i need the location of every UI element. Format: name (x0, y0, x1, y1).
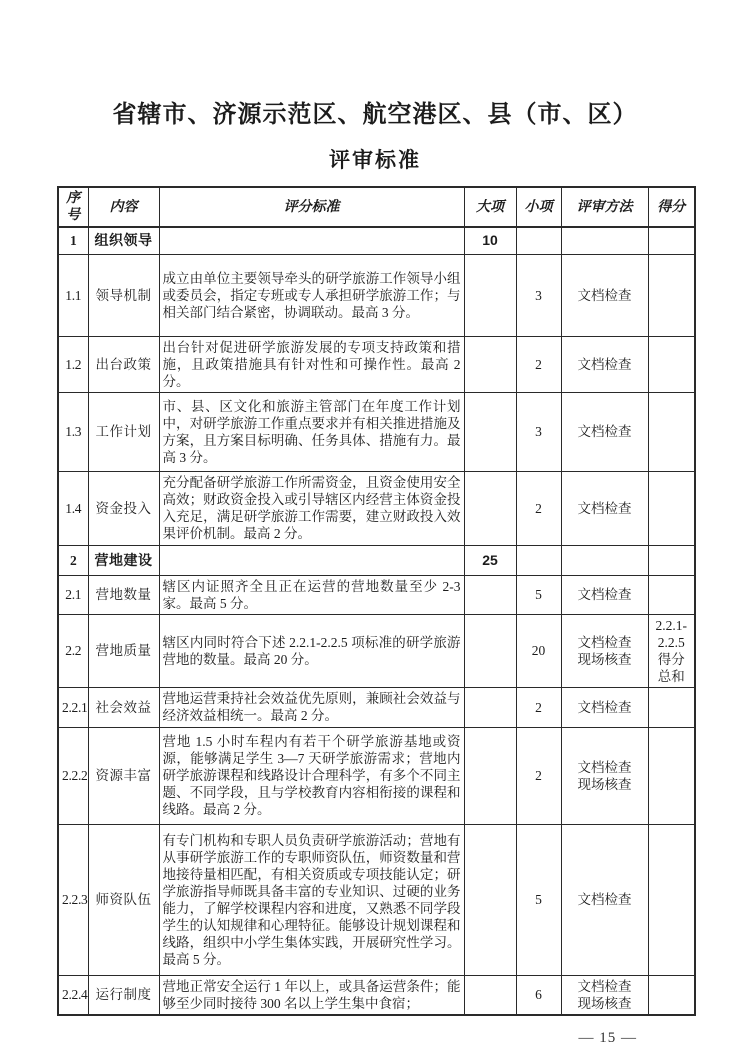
method-line: 文档检查 (565, 287, 645, 304)
cell-method: 文档检查 (561, 471, 648, 545)
method-line: 文档检查 (565, 891, 645, 908)
cell-major (464, 687, 516, 727)
cell-method: 文档检查 (561, 575, 648, 614)
column-header-id: 序号 (58, 187, 88, 227)
cell-minor: 3 (516, 392, 561, 471)
cell-major (464, 975, 516, 1015)
cell-criteria: 有专门机构和专职人员负责研学旅游活动；营地有从事研学旅游工作的专职师资队伍，师资… (159, 824, 464, 975)
cell-method: 文档检查 (561, 254, 648, 336)
cell-major: 10 (464, 227, 516, 254)
method-line: 现场核查 (565, 995, 645, 1012)
table-row-2-2-4: 2.2.4 运行制度 营地正常安全运行 1 年以上，或具备运营条件；能够至少同时… (58, 975, 695, 1015)
cell-content: 资源丰富 (88, 727, 159, 824)
cell-id: 1.4 (58, 471, 88, 545)
cell-id: 2 (58, 545, 88, 575)
cell-major (464, 471, 516, 545)
cell-minor (516, 545, 561, 575)
cell-criteria: 出台针对促进研学旅游发展的专项支持政策和措施，且政策措施具有针对性和可操作性。最… (159, 336, 464, 392)
cell-id: 1.3 (58, 392, 88, 471)
page-number: — 15 — (0, 1030, 750, 1047)
cell-id: 2.2.1 (58, 687, 88, 727)
cell-method: 文档检查 现场核查 (561, 614, 648, 687)
document-page: 省辖市、济源示范区、航空港区、县（市、区） 评审标准 序号 内容 评分标准 大项… (0, 0, 750, 1059)
table-row-1-4: 1.4 资金投入 充分配备研学旅游工作所需资金，且资金使用安全高效；财政资金投入… (58, 471, 695, 545)
cell-content: 营地建设 (88, 545, 159, 575)
cell-minor: 2 (516, 727, 561, 824)
cell-criteria: 辖区内证照齐全且正在运营的营地数量至少 2-3 家。最高 5 分。 (159, 575, 464, 614)
cell-content: 工作计划 (88, 392, 159, 471)
table-row-1-1: 1.1 领导机制 成立由单位主要领导牵头的研学旅游工作领导小组或委员会，指定专班… (58, 254, 695, 336)
cell-score (648, 687, 695, 727)
cell-minor: 2 (516, 336, 561, 392)
cell-method: 文档检查 现场核查 (561, 727, 648, 824)
cell-score (648, 975, 695, 1015)
column-header-major: 大项 (464, 187, 516, 227)
method-line: 文档检查 (565, 759, 645, 776)
method-line: 文档检查 (565, 699, 645, 716)
cell-id: 2.2.2 (58, 727, 88, 824)
method-line: 现场核查 (565, 776, 645, 793)
cell-minor: 5 (516, 824, 561, 975)
cell-criteria: 营地运营秉持社会效益优先原则，兼顾社会效益与经济效益相统一。最高 2 分。 (159, 687, 464, 727)
cell-score (648, 727, 695, 824)
table-row-2: 2 营地建设 25 (58, 545, 695, 575)
cell-major (464, 575, 516, 614)
cell-criteria (159, 545, 464, 575)
cell-major (464, 392, 516, 471)
method-line: 文档检查 (565, 423, 645, 440)
cell-id: 2.2.3 (58, 824, 88, 975)
table-row-1-2: 1.2 出台政策 出台针对促进研学旅游发展的专项支持政策和措施，且政策措施具有针… (58, 336, 695, 392)
cell-major: 25 (464, 545, 516, 575)
cell-id: 2.2 (58, 614, 88, 687)
cell-content: 社会效益 (88, 687, 159, 727)
cell-score (648, 824, 695, 975)
page-subtitle: 评审标准 (0, 130, 750, 186)
cell-method (561, 227, 648, 254)
cell-score (648, 227, 695, 254)
cell-method (561, 545, 648, 575)
cell-criteria: 成立由单位主要领导牵头的研学旅游工作领导小组或委员会，指定专班或专人承担研学旅游… (159, 254, 464, 336)
cell-id: 2.1 (58, 575, 88, 614)
cell-minor (516, 227, 561, 254)
review-criteria-table: 序号 内容 评分标准 大项 小项 评审方法 得分 1 组织领导 10 (57, 186, 696, 1016)
cell-id: 2.2.4 (58, 975, 88, 1015)
table-row-1: 1 组织领导 10 (58, 227, 695, 254)
cell-criteria: 市、县、区文化和旅游主管部门在年度工作计划中，对研学旅游工作重点要求并有相关推进… (159, 392, 464, 471)
cell-criteria: 营地正常安全运行 1 年以上，或具备运营条件；能够至少同时接待 300 名以上学… (159, 975, 464, 1015)
table-row-2-1: 2.1 营地数量 辖区内证照齐全且正在运营的营地数量至少 2-3 家。最高 5 … (58, 575, 695, 614)
cell-minor: 2 (516, 471, 561, 545)
cell-content: 组织领导 (88, 227, 159, 254)
column-header-criteria: 评分标准 (159, 187, 464, 227)
method-line: 文档检查 (565, 586, 645, 603)
method-line: 文档检查 (565, 978, 645, 995)
table-row-1-3: 1.3 工作计划 市、县、区文化和旅游主管部门在年度工作计划中，对研学旅游工作重… (58, 392, 695, 471)
cell-method: 文档检查 (561, 336, 648, 392)
column-header-score: 得分 (648, 187, 695, 227)
table-header-row: 序号 内容 评分标准 大项 小项 评审方法 得分 (58, 187, 695, 227)
table-row-2-2-3: 2.2.3 师资队伍 有专门机构和专职人员负责研学旅游活动；营地有从事研学旅游工… (58, 824, 695, 975)
cell-minor: 3 (516, 254, 561, 336)
cell-criteria: 营地 1.5 小时车程内有若干个研学旅游基地或资源，能够满足学生 3—7 天研学… (159, 727, 464, 824)
cell-score (648, 545, 695, 575)
cell-minor: 6 (516, 975, 561, 1015)
method-line: 文档检查 (565, 634, 645, 651)
cell-major (464, 254, 516, 336)
cell-criteria (159, 227, 464, 254)
method-line: 文档检查 (565, 500, 645, 517)
cell-method: 文档检查 现场核查 (561, 975, 648, 1015)
method-line: 现场核查 (565, 651, 645, 668)
table-row-2-2: 2.2 营地质量 辖区内同时符合下述 2.2.1-2.2.5 项标准的研学旅游营… (58, 614, 695, 687)
cell-minor: 5 (516, 575, 561, 614)
method-line: 文档检查 (565, 356, 645, 373)
cell-content: 出台政策 (88, 336, 159, 392)
cell-content: 运行制度 (88, 975, 159, 1015)
cell-score (648, 336, 695, 392)
column-header-method: 评审方法 (561, 187, 648, 227)
cell-method: 文档检查 (561, 824, 648, 975)
cell-score (648, 392, 695, 471)
cell-score (648, 575, 695, 614)
table-row-2-2-2: 2.2.2 资源丰富 营地 1.5 小时车程内有若干个研学旅游基地或资源，能够满… (58, 727, 695, 824)
cell-content: 师资队伍 (88, 824, 159, 975)
cell-method: 文档检查 (561, 392, 648, 471)
cell-content: 营地质量 (88, 614, 159, 687)
table-row-2-2-1: 2.2.1 社会效益 营地运营秉持社会效益优先原则，兼顾社会效益与经济效益相统一… (58, 687, 695, 727)
cell-major (464, 727, 516, 824)
cell-id: 1.1 (58, 254, 88, 336)
cell-minor: 2 (516, 687, 561, 727)
cell-content: 领导机制 (88, 254, 159, 336)
cell-major (464, 614, 516, 687)
cell-id: 1.2 (58, 336, 88, 392)
cell-criteria: 充分配备研学旅游工作所需资金，且资金使用安全高效；财政资金投入或引导辖区内经营主… (159, 471, 464, 545)
page-title: 省辖市、济源示范区、航空港区、县（市、区） (0, 0, 750, 130)
cell-method: 文档检查 (561, 687, 648, 727)
cell-score (648, 471, 695, 545)
cell-id: 1 (58, 227, 88, 254)
column-header-minor: 小项 (516, 187, 561, 227)
cell-score (648, 254, 695, 336)
cell-criteria: 辖区内同时符合下述 2.2.1-2.2.5 项标准的研学旅游营地的数量。最高 2… (159, 614, 464, 687)
cell-minor: 20 (516, 614, 561, 687)
cell-major (464, 824, 516, 975)
cell-content: 营地数量 (88, 575, 159, 614)
column-header-content: 内容 (88, 187, 159, 227)
cell-major (464, 336, 516, 392)
cell-content: 资金投入 (88, 471, 159, 545)
cell-score: 2.2.1-2.2.5得分总和 (648, 614, 695, 687)
